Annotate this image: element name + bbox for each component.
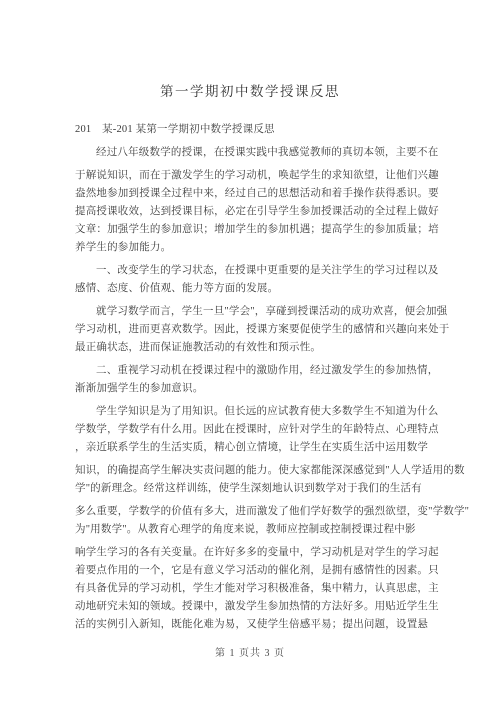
paragraph-block: 于解说知识，而在于激发学生的学习动机，唤起学生的求知欲望，让他们兴趣盎然地参加到… xyxy=(75,167,427,257)
text-line: 活的实例引入新知，既能化难为易，又使学生倍感平易；提出问题，设置悬 xyxy=(75,616,427,634)
text-line: ，亲近联系学生的生活实质，精心创立情境，让学生在实质生活中运用数学 xyxy=(75,439,427,457)
text-line: 学数学，学数学有什么用。因此在授课时，应针对学生的年龄特点、心理特点 xyxy=(75,421,427,439)
text-line: 养学生的参加能力。 xyxy=(75,239,427,257)
text-line: 知识，的确提高学生解决实责问题的能力。使大家都能深深感觉到"人人学适用的数 xyxy=(75,462,427,480)
paragraph-block: 经过八年级数学的授课，在授课实践中我感觉教师的真切本领，主要不在 xyxy=(75,144,427,162)
text-line: 盎然地参加到授课全过程中来，经过自己的思想活动和着手操作获得悉识。要 xyxy=(75,185,427,203)
paragraph-block: 201 某-201 某第一学期初中数学授课反思 xyxy=(75,121,427,139)
page-footer: 第 1 页共 3 页 xyxy=(0,644,500,659)
paragraph-block: 一、改变学生的学习状态，在授课中更重要的是关注学生的学习过程以及感情、态度、价值… xyxy=(75,262,427,298)
paragraph-block: 多么重要，学数学的价值有多大，进而激发了他们学好数学的强烈欲望，变"学数学"为"… xyxy=(75,503,427,539)
text-line: 最正确状态，进而保证施教活动的有效性和预示性。 xyxy=(75,339,427,357)
paragraph-block: 知识，的确提高学生解决实责问题的能力。使大家都能深深感觉到"人人学适用的数学"的… xyxy=(75,462,427,498)
text-line: 于解说知识，而在于激发学生的学习动机，唤起学生的求知欲望，让他们兴趣 xyxy=(75,167,427,185)
text-line: 动地研究未知的领域。授课中，激发学生参加热情的方法好多。用贴近学生生 xyxy=(75,598,427,616)
paragraph-block: 学生学知识是为了用知识。但长远的应试教育使大多数学生不知道为什么学数学，学数学有… xyxy=(75,403,427,457)
paragraph-block: 就学习数学而言，学生一旦"学会"，享碰到授课活动的成功欢喜，便会加强学习动机，进… xyxy=(75,303,427,357)
text-line: 学生学知识是为了用知识。但长远的应试教育使大多数学生不知道为什么 xyxy=(75,403,427,421)
paragraph-block: 响学生学习的各有关变量。在许好多多的变量中，学习动机是对学生的学习起着要点作用的… xyxy=(75,544,427,634)
document-body: 201 某-201 某第一学期初中数学授课反思经过八年级数学的授课，在授课实践中… xyxy=(75,121,427,634)
text-line: 多么重要，学数学的价值有多大，进而激发了他们学好数学的强烈欲望，变"学数学" xyxy=(75,503,427,521)
text-line: 201 某-201 某第一学期初中数学授课反思 xyxy=(75,121,427,139)
text-line: 为"用数学"。从教育心理学的角度来说，教师应控制或控制授课过程中影 xyxy=(75,521,427,539)
text-line: 着要点作用的一个，它是有意义学习活动的催化剂，是拥有感情性的因素。只 xyxy=(75,562,427,580)
text-line: 二、重视学习动机在授课过程中的激励作用，经过激发学生的参加热情， xyxy=(75,362,427,380)
text-line: 渐渐加强学生的参加意识。 xyxy=(75,380,427,398)
document-page: 第一学期初中数学授课反思 201 某-201 某第一学期初中数学授课反思经过八年… xyxy=(0,0,500,708)
text-line: 经过八年级数学的授课，在授课实践中我感觉教师的真切本领，主要不在 xyxy=(75,144,427,162)
text-line: 感情、态度、价值观、能力等方面的发展。 xyxy=(75,280,427,298)
document-title: 第一学期初中数学授课反思 xyxy=(75,80,425,100)
text-line: 响学生学习的各有关变量。在许好多多的变量中，学习动机是对学生的学习起 xyxy=(75,544,427,562)
text-line: 学习动机，进而更喜欢数学。因此，授课方案要促使学生的感情和兴趣向来处于 xyxy=(75,321,427,339)
text-line: 就学习数学而言，学生一旦"学会"，享碰到授课活动的成功欢喜，便会加强 xyxy=(75,303,427,321)
text-line: 提高授课收效，达到授课目标，必定在引导学生参加授课活动的全过程上做好 xyxy=(75,203,427,221)
text-line: 学"的新理念。经常这样训练，使学生深刻地认识到数学对于我们的生活有 xyxy=(75,480,427,498)
text-line: 文章：加强学生的参加意识；增加学生的参加机遇；提高学生的参加质量；培 xyxy=(75,221,427,239)
paragraph-block: 二、重视学习动机在授课过程中的激励作用，经过激发学生的参加热情，渐渐加强学生的参… xyxy=(75,362,427,398)
text-line: 有具备优异的学习动机，学生才能对学习积极准备，集中精力，认真思虑，主 xyxy=(75,580,427,598)
text-line: 一、改变学生的学习状态，在授课中更重要的是关注学生的学习过程以及 xyxy=(75,262,427,280)
